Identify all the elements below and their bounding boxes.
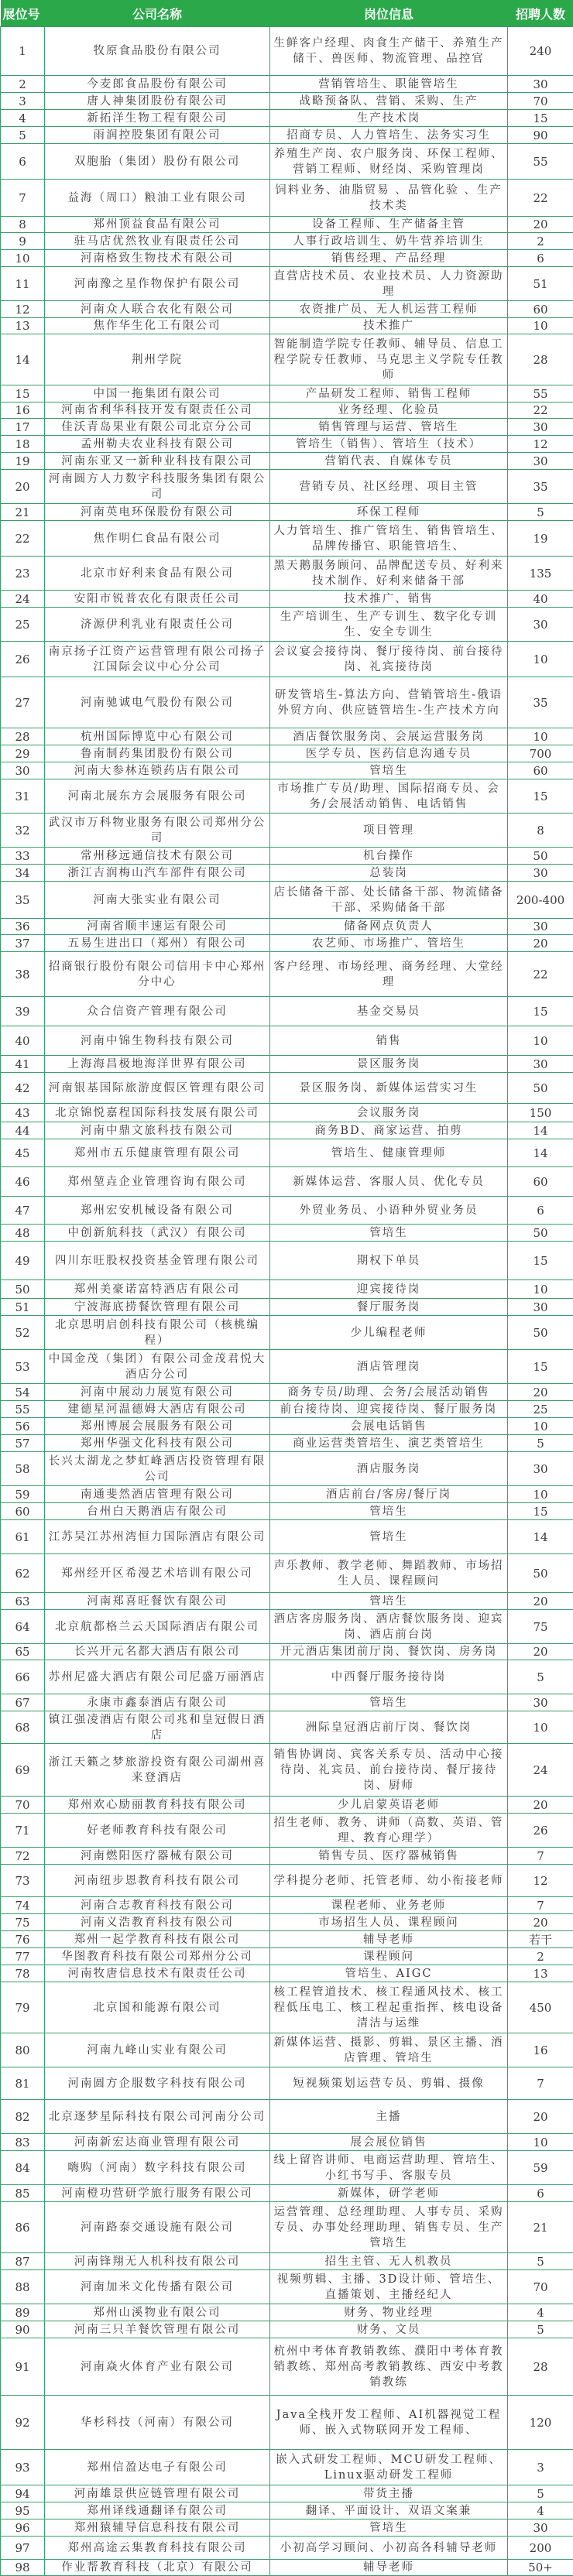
company-name-cell: 四川东旺股权投资基金管理有限公司 (45, 1242, 270, 1280)
company-name-cell: 河南省顺丰速运有限公司 (45, 919, 270, 935)
job-info-cell: 商务专员/助理、会务/会展活动销售 (270, 1384, 508, 1401)
booth-number-cell: 7 (1, 180, 45, 217)
company-name-cell: 郑州欢心励丽教育科技有限公司 (45, 1797, 270, 1814)
booth-number-cell: 56 (1, 1418, 45, 1435)
job-info-cell: 酒店服务岗 (270, 1452, 508, 1486)
table-row: 59南通斐然酒店管理有限公司酒店前台/客房/餐厅岗10 (1, 1486, 573, 1503)
job-info-cell: 嵌入式研发工程师、MCU研发工程师、Linux驱动研发工程师 (270, 2450, 508, 2485)
job-info-cell: 市场推广专员/助理、国际招商专员、会务/会展活动销售、电话销售 (270, 779, 508, 814)
table-row: 84嗨购（河南）数字科技有限公司线上留咨讲师、电商运营助理、管培生、小红书写手、… (1, 2151, 573, 2185)
hiring-count-cell: 5 (508, 2485, 573, 2502)
job-info-cell: 展会展位销售 (270, 2134, 508, 2151)
job-info-cell: 学科提分老师、托管老师、幼小衔接老师 (270, 1865, 508, 1897)
table-row: 67永康市鑫泰酒店有限公司管培生30 (1, 1694, 573, 1711)
booth-number-cell: 84 (1, 2151, 45, 2185)
table-row: 21河南英电环保股份有限公司环保工程师5 (1, 504, 573, 521)
hiring-count-cell: 59 (508, 2151, 573, 2185)
booth-number-cell: 87 (1, 2253, 45, 2270)
hiring-count-cell: 14 (508, 1520, 573, 1554)
table-row: 23北京市好利来食品有限公司黑天鹅服务顾问、品牌配送专员、好利来技术制作、好利来… (1, 557, 573, 591)
job-info-cell: 小初高学习顾问、小初高各科辅导老师 (270, 2537, 508, 2560)
booth-number-cell: 16 (1, 402, 45, 419)
job-info-cell: 带货主播 (270, 2485, 508, 2502)
booth-number-cell: 51 (1, 1299, 45, 1316)
company-name-cell: 台州白天鹅酒店有限公司 (45, 1503, 270, 1520)
table-row: 22焦作明仁食品有限公司人力管培生、推广管培生、销售管培生、品牌传播官、职能管培… (1, 521, 573, 557)
job-info-cell: 声乐教师、教学老师、舞蹈教师、市场招生人员、课程顾问 (270, 1554, 508, 1593)
booth-number-cell: 6 (1, 144, 45, 180)
hiring-count-cell: 16 (508, 2033, 573, 2067)
hiring-count-cell: 30 (508, 453, 573, 470)
job-info-cell: 景区服务岗 (270, 1056, 508, 1073)
table-row: 11河南豫之星作物保护有限公司直营店技术员、农业技术员、人力资源助理51 (1, 267, 573, 301)
booth-number-cell: 29 (1, 745, 45, 762)
booth-number-cell: 64 (1, 1610, 45, 1644)
job-info-cell: 生产培训生、生产专训生、数字化专训生、安全专训生 (270, 608, 508, 642)
company-name-cell: 河南中展动力展览有限公司 (45, 1384, 270, 1401)
table-row: 3唐人神集团股份有限公司战略预备队、营销、采购、生产70 (1, 93, 573, 110)
hiring-count-cell: 10 (508, 1711, 573, 1744)
company-name-cell: 唐人神集团股份有限公司 (45, 93, 270, 110)
job-info-cell: 营销代表、自媒体专员 (270, 453, 508, 470)
table-row: 39众合信资产管理有限公司基金交易员15 (1, 997, 573, 1026)
job-info-cell: 管培生 (270, 762, 508, 779)
booth-number-cell: 93 (1, 2450, 45, 2485)
table-row: 69浙江天籁之梦旅游投资有限公司湖州喜来登酒店销售协调岗、宾客关系专员、活动中心… (1, 1744, 573, 1797)
table-row: 98作业帮教育科技（北京）有限公司辅导老师50+ (1, 2560, 573, 2576)
company-name-cell: 郑州市五乐健康管理有限公司 (45, 1139, 270, 1167)
company-name-cell: 上海海昌极地海洋世界有限公司 (45, 1056, 270, 1073)
hiring-count-cell: 50 (508, 1225, 573, 1242)
table-row: 6双胞胎（集团）股份有限公司养殖生产岗、农户服务岗、环保工程师、营销工程师、财经… (1, 144, 573, 180)
booth-number-cell: 13 (1, 318, 45, 334)
table-row: 49四川东旺股权投资基金管理有限公司期权下单员15 (1, 1242, 573, 1280)
table-row: 19河南东亚又一新种业科技有限公司营销代表、自媒体专员30 (1, 453, 573, 470)
job-info-cell: 杭州中考体育教销教练、濮阳中考体育教销教练、郑州高考教销教练、西安中考教销教练 (270, 2338, 508, 2396)
job-info-cell: 管培生 (270, 1694, 508, 1711)
hiring-count-cell: 26 (508, 1814, 573, 1848)
table-row: 26南京扬子江资产运营管理有限公司扬子江国际会议中心分公司会议宴会接待岗、餐厅接… (1, 642, 573, 677)
job-info-cell: 生鲜客户经理、肉食生产储干、养殖生产储干、兽医师、物流管理、品控官 (270, 27, 508, 76)
booth-number-cell: 80 (1, 2033, 45, 2067)
table-row: 64北京航都格兰云天国际酒店有限公司酒店客房服务岗、酒店餐饮服务岗、迎宾岗、酒店… (1, 1610, 573, 1644)
job-info-cell: 黑天鹅服务顾问、品牌配送专员、好利来技术制作、好利来储备干部 (270, 557, 508, 591)
table-row: 17佳沃青岛果业有限公司北京分公司销售管理与运营、管培生30 (1, 419, 573, 436)
table-row: 70郑州欢心励丽教育科技有限公司少儿启蒙英语老师20 (1, 1797, 573, 1814)
booth-number-cell: 59 (1, 1486, 45, 1503)
booth-number-cell: 90 (1, 2321, 45, 2338)
job-info-cell: 技术推广、销售 (270, 591, 508, 608)
company-name-cell: 宁波海底捞餐饮管理有限公司 (45, 1299, 270, 1316)
header-company-name: 公司名称 (45, 0, 270, 27)
hiring-count-cell: 15 (508, 997, 573, 1026)
hiring-count-cell: 40 (508, 591, 573, 608)
booth-number-cell: 28 (1, 728, 45, 745)
job-info-cell: 管培生 (270, 1520, 508, 1554)
hiring-count-cell: 700 (508, 745, 573, 762)
job-info-cell: 产品研发工程师、销售工程师 (270, 385, 508, 402)
table-row: 33常州移远通信技术有限公司机台操作50 (1, 848, 573, 865)
booth-number-cell: 46 (1, 1167, 45, 1197)
booth-number-cell: 40 (1, 1026, 45, 1056)
company-name-cell: 河南路泰交通设施有限公司 (45, 2202, 270, 2253)
company-name-cell: 常州移远通信技术有限公司 (45, 848, 270, 865)
booth-number-cell: 52 (1, 1316, 45, 1350)
booth-number-cell: 58 (1, 1452, 45, 1486)
booth-number-cell: 19 (1, 453, 45, 470)
job-info-cell: 新媒体运营、客服人员、优化专员 (270, 1167, 508, 1197)
booth-number-cell: 85 (1, 2185, 45, 2202)
table-row: 35河南大张实业有限公司店长储备干部、处长储备干部、物流储备干部、采购储备干部2… (1, 882, 573, 919)
job-info-cell: 外贸业务员、小语种外贸业务员 (270, 1197, 508, 1225)
table-row: 74河南合志教育科技有限公司课程老师、业务老师7 (1, 1897, 573, 1914)
job-info-cell: 翻译、平面设计、双语文案兼 (270, 2502, 508, 2519)
company-name-cell: 河南新宏达商业管理有限公司 (45, 2134, 270, 2151)
job-info-cell: 管培生、AIGC (270, 1965, 508, 1982)
booth-number-cell: 20 (1, 470, 45, 504)
booth-number-cell: 76 (1, 1931, 45, 1948)
job-info-cell: 短视频策划运营专员、剪辑、摄像 (270, 2067, 508, 2100)
table-row: 2今麦郎食品股份有限公司营销管培生、职能管培生30 (1, 76, 573, 93)
booth-number-cell: 83 (1, 2134, 45, 2151)
booth-number-cell: 96 (1, 2519, 45, 2537)
hiring-count-cell: 120 (508, 2396, 573, 2450)
table-row: 10河南格致生物技术有限公司销售经理、产品经理6 (1, 250, 573, 267)
company-name-cell: 河南豫之星作物保护有限公司 (45, 267, 270, 301)
hiring-count-cell: 20 (508, 1384, 573, 1401)
hiring-count-cell: 4 (508, 2304, 573, 2321)
table-row: 32武汉市万科物业服务有限公司郑州分公司项目管理8 (1, 814, 573, 848)
table-row: 45郑州市五乐健康管理有限公司管培生、健康管理师14 (1, 1139, 573, 1167)
table-row: 93郑州信盈达电子有限公司嵌入式研发工程师、MCU研发工程师、Linux驱动研发… (1, 2450, 573, 2485)
company-name-cell: 济源伊利乳业有限责任公司 (45, 608, 270, 642)
table-row: 16河南省利华科技开发有限责任公司业务经理、化验员22 (1, 402, 573, 419)
hiring-count-cell: 50 (508, 848, 573, 865)
hiring-count-cell: 6 (508, 250, 573, 267)
company-name-cell: 镇江强凌酒店有限公司兆和皇冠假日酒店 (45, 1711, 270, 1744)
job-info-cell: 招商专员、人力管培生、法务实习生 (270, 127, 508, 144)
hiring-count-cell: 90 (508, 127, 573, 144)
hiring-count-cell: 240 (508, 27, 573, 76)
job-info-cell: 基金交易员 (270, 997, 508, 1026)
booth-number-cell: 41 (1, 1056, 45, 1073)
hiring-count-cell: 30 (508, 608, 573, 642)
booth-number-cell: 47 (1, 1197, 45, 1225)
booth-number-cell: 95 (1, 2502, 45, 2519)
company-name-cell: 华杉科技（河南）有限公司 (45, 2396, 270, 2450)
table-row: 87河南锋翔无人机科技有限公司招生主管、无人机教员5 (1, 2253, 573, 2270)
hiring-count-cell: 20 (508, 2100, 573, 2134)
table-row: 37五易生进出口（郑州）有限公司农艺师、市场推广、管培生20 (1, 935, 573, 952)
job-info-cell: 少儿启蒙英语老师 (270, 1797, 508, 1814)
hiring-count-cell: 30 (508, 1299, 573, 1316)
booth-number-cell: 67 (1, 1694, 45, 1711)
company-name-cell: 嗨购（河南）数字科技有限公司 (45, 2151, 270, 2185)
company-name-cell: 河南雄景供应链管理有限公司 (45, 2485, 270, 2502)
company-name-cell: 双胞胎（集团）股份有限公司 (45, 144, 270, 180)
job-info-cell: 销售专员、医疗器械销售 (270, 1848, 508, 1865)
hiring-count-cell: 15 (508, 1350, 573, 1384)
job-info-cell: 新媒体运营、摄影、剪辑、景区主播、酒店管理、管培生 (270, 2033, 508, 2067)
table-row: 8郑州顶益食品有限公司设备工程师、生产储备主管20 (1, 217, 573, 233)
hiring-count-cell: 30 (508, 76, 573, 93)
table-row: 92华杉科技（河南）有限公司Java全栈开发工程师、AI机器视觉工程师、嵌入式物… (1, 2396, 573, 2450)
booth-number-cell: 1 (1, 27, 45, 76)
job-info-cell: 景区服务岗、新媒体运营实习生 (270, 1073, 508, 1104)
table-row: 38招商银行股份有限公司信用卡中心郑州分中心客户经理、市场经理、商务经理、大堂经… (1, 952, 573, 997)
hiring-count-cell: 51 (508, 267, 573, 301)
table-row: 91河南焱火体育产业有限公司杭州中考体育教销教练、濮阳中考体育教销教练、郑州高考… (1, 2338, 573, 2396)
company-name-cell: 雨润控股集团有限公司 (45, 127, 270, 144)
hiring-count-cell: 8 (508, 814, 573, 848)
hiring-count-cell: 30 (508, 419, 573, 436)
table-row: 28杭州国际博览中心有限公司酒店餐饮服务岗、会展运营服务岗10 (1, 728, 573, 745)
booth-number-cell: 55 (1, 1401, 45, 1418)
hiring-count-cell: 7 (508, 2067, 573, 2100)
hiring-count-cell: 15 (508, 779, 573, 814)
booth-number-cell: 22 (1, 521, 45, 557)
booth-number-cell: 91 (1, 2338, 45, 2396)
hiring-count-cell: 10 (508, 318, 573, 334)
job-info-cell: 会议宴会接待岗、餐厅接待岗、前台接待岗、礼宾接待岗 (270, 642, 508, 677)
table-row: 1牧原食品股份有限公司生鲜客户经理、肉食生产储干、养殖生产储干、兽医师、物流管理… (1, 27, 573, 76)
job-info-cell: 酒店管理岗 (270, 1350, 508, 1384)
table-row: 85河南橙功营研学旅行服务有限公司新媒体，研学老师6 (1, 2185, 573, 2202)
booth-number-cell: 24 (1, 591, 45, 608)
booth-number-cell: 82 (1, 2100, 45, 2134)
table-row: 9驻马店优然牧业有限责任公司人事行政培训生、奶牛营养培训生2 (1, 233, 573, 250)
booth-number-cell: 8 (1, 217, 45, 233)
table-row: 57郑州华强文化科技有限公司商业运营类管培生、演艺类管培生5 (1, 1435, 573, 1452)
company-name-cell: 河南燃阳医疗器械有限公司 (45, 1848, 270, 1865)
booth-number-cell: 10 (1, 250, 45, 267)
job-info-cell: 环保工程师 (270, 504, 508, 521)
company-name-cell: 杭州国际博览中心有限公司 (45, 728, 270, 745)
company-name-cell: 郑州经开区希漫艺术培训有限公司 (45, 1554, 270, 1593)
job-info-cell: 管培生 (270, 1503, 508, 1520)
booth-number-cell: 2 (1, 76, 45, 93)
company-name-cell: 北京锦悦嘉程国际科技发展有限公司 (45, 1104, 270, 1122)
company-name-cell: 郑州博展会展服务有限公司 (45, 1418, 270, 1435)
hiring-count-cell: 12 (508, 436, 573, 453)
table-row: 82北京逐梦星际科技有限公司河南分公司主播20 (1, 2100, 573, 2134)
job-info-cell: 销售 (270, 1026, 508, 1056)
company-name-cell: 鲁南制药集团股份有限公司 (45, 745, 270, 762)
booth-number-cell: 88 (1, 2270, 45, 2304)
job-info-cell: 管培生 (270, 1593, 508, 1610)
company-name-cell: 河南牧唐信息技术有限责任公司 (45, 1965, 270, 1982)
company-name-cell: 河南东亚又一新种业科技有限公司 (45, 453, 270, 470)
booth-number-cell: 77 (1, 1948, 45, 1965)
hiring-count-cell: 75 (508, 1610, 573, 1644)
booth-number-cell: 97 (1, 2537, 45, 2560)
table-row: 76郑州一起学教育科技有限公司辅导老师若干 (1, 1931, 573, 1948)
job-info-cell: 养殖生产岗、农户服务岗、环保工程师、营销工程师、财经岗、采购管理岗 (270, 144, 508, 180)
table-row: 54河南中展动力展览有限公司商务专员/助理、会务/会展活动销售20 (1, 1384, 573, 1401)
job-info-cell: 管培生 (270, 2519, 508, 2537)
company-name-cell: 北京逐梦星际科技有限公司河南分公司 (45, 2100, 270, 2134)
table-row: 62郑州经开区希漫艺术培训有限公司声乐教师、教学老师、舞蹈教师、市场招生人员、课… (1, 1554, 573, 1593)
booth-number-cell: 45 (1, 1139, 45, 1167)
company-name-cell: 南京扬子江资产运营管理有限公司扬子江国际会议中心分公司 (45, 642, 270, 677)
company-name-cell: 南通斐然酒店管理有限公司 (45, 1486, 270, 1503)
booth-number-cell: 65 (1, 1644, 45, 1660)
company-name-cell: 河南大参林连锁药店有限公司 (45, 762, 270, 779)
company-name-cell: 江苏吴江苏州湾恒力国际酒店有限公司 (45, 1520, 270, 1554)
job-info-cell: 管培生（销售）、管培生（技术） (270, 436, 508, 453)
table-row: 90河南三只羊餐饮管理有限公司财务、文员5 (1, 2321, 573, 2338)
hiring-count-cell: 14 (508, 1139, 573, 1167)
table-row: 56郑州博展会展服务有限公司会展电话销售10 (1, 1418, 573, 1435)
company-name-cell: 河南焱火体育产业有限公司 (45, 2338, 270, 2396)
table-row: 29鲁南制药集团股份有限公司医学专员、医药信息沟通专员700 (1, 745, 573, 762)
table-row: 14荆州学院智能制造学院专任教师、辅导员、信息工程学院专任教师、马克思主义学院专… (1, 334, 573, 385)
table-row: 53中国金茂（集团）有限公司金茂君悦大酒店分公司酒店管理岗15 (1, 1350, 573, 1384)
job-info-cell: 主播 (270, 2100, 508, 2134)
booth-number-cell: 5 (1, 127, 45, 144)
company-name-cell: 五易生进出口（郑州）有限公司 (45, 935, 270, 952)
company-name-cell: 苏州尼盛大酒店有限公司尼盛万丽酒店 (45, 1660, 270, 1694)
booth-number-cell: 36 (1, 919, 45, 935)
hiring-count-cell: 20 (508, 935, 573, 952)
company-name-cell: 河南中锦生物科技有限公司 (45, 1026, 270, 1056)
hiring-count-cell: 35 (508, 677, 573, 728)
table-row: 47郑州宏安机械设备有限公司外贸业务员、小语种外贸业务员6 (1, 1197, 573, 1225)
job-info-cell: 总装岗 (270, 865, 508, 882)
job-info-cell: 生产技术岗 (270, 110, 508, 127)
booth-number-cell: 94 (1, 2485, 45, 2502)
booth-number-cell: 70 (1, 1797, 45, 1814)
header-job-info: 岗位信息 (270, 0, 508, 27)
hiring-count-cell: 20 (508, 1914, 573, 1931)
hiring-count-cell: 28 (508, 2338, 573, 2396)
booth-number-cell: 3 (1, 93, 45, 110)
hiring-count-cell: 22 (508, 180, 573, 217)
table-row: 7益海（周口）粮油工业有限公司饲料业务、油脂贸易 、品管化验 、生产技术类22 (1, 180, 573, 217)
job-info-cell: 招生老师、教务、讲师（高数、英语、管理、教育心理学） (270, 1814, 508, 1848)
booth-number-cell: 92 (1, 2396, 45, 2450)
company-name-cell: 作业帮教育科技（北京）有限公司 (45, 2560, 270, 2576)
hiring-count-cell: 60 (508, 301, 573, 318)
table-row: 68镇江强凌酒店有限公司兆和皇冠假日酒店洲际皇冠酒店前厅岗、餐饮岗10 (1, 1711, 573, 1744)
hiring-count-cell: 28 (508, 334, 573, 385)
hiring-count-cell: 35 (508, 470, 573, 504)
hiring-count-cell: 5 (508, 2321, 573, 2338)
hiring-count-cell: 5 (508, 1660, 573, 1694)
table-row: 52北京思明启创科技有限公司（核桃编程）少儿编程老师50 (1, 1316, 573, 1350)
hiring-count-cell: 6 (508, 1197, 573, 1225)
job-info-cell: 核工程管道技术、核工程通风技术、核工程低压电工、核工程起重指挥、核电设备清洁与运… (270, 1982, 508, 2033)
hiring-count-cell: 22 (508, 402, 573, 419)
hiring-count-cell: 5 (508, 2253, 573, 2270)
booth-number-cell: 81 (1, 2067, 45, 2100)
company-name-cell: 北京航都格兰云天国际酒店有限公司 (45, 1610, 270, 1644)
company-name-cell: 永康市鑫泰酒店有限公司 (45, 1694, 270, 1711)
company-name-cell: 牧原食品股份有限公司 (45, 27, 270, 76)
booth-number-cell: 18 (1, 436, 45, 453)
table-row: 50郑州美豪诺富特酒店有限公司迎宾接待岗10 (1, 1280, 573, 1299)
job-info-cell: 研发管培生-算法方向、营销管培生-俄语外贸方向、供应链管培生-生产技术方向 (270, 677, 508, 728)
job-info-cell: Java全栈开发工程师、AI机器视觉工程师、嵌入式物联网开发工程师、 (270, 2396, 508, 2450)
company-name-cell: 郑州宏安机械设备有限公司 (45, 1197, 270, 1225)
hiring-count-cell: 2 (508, 233, 573, 250)
job-info-cell: 战略预备队、营销、采购、生产 (270, 93, 508, 110)
table-row: 27河南驰诚电气股份有限公司研发管培生-算法方向、营销管培生-俄语外贸方向、供应… (1, 677, 573, 728)
table-row: 34浙江吉润梅山汽车部件有限公司总装岗30 (1, 865, 573, 882)
company-name-cell: 河南合志教育科技有限公司 (45, 1897, 270, 1914)
company-name-cell: 郑州信盈达电子有限公司 (45, 2450, 270, 2485)
booth-number-cell: 43 (1, 1104, 45, 1122)
job-info-cell: 店长储备干部、处长储备干部、物流储备干部、采购储备干部 (270, 882, 508, 919)
hiring-count-cell: 5 (508, 504, 573, 521)
table-row: 44河南中鼎文旅科技有限公司商务BD、商家运营、拍剪14 (1, 1122, 573, 1139)
hiring-count-cell: 2 (508, 1948, 573, 1965)
job-info-cell: 业务经理、化验员 (270, 402, 508, 419)
hiring-count-cell: 25 (508, 1401, 573, 1418)
job-info-cell: 人事行政培训生、奶牛营养培训生 (270, 233, 508, 250)
hiring-count-cell: 3 (508, 2450, 573, 2485)
booth-number-cell: 68 (1, 1711, 45, 1744)
job-info-cell: 储备网点负责人 (270, 919, 508, 935)
hiring-count-cell: 20 (508, 1644, 573, 1660)
hiring-count-cell: 20 (508, 1797, 573, 1814)
booth-number-cell: 15 (1, 385, 45, 402)
table-row: 88河南加米文化传播有限公司视频剪辑、主播、3D设计师、管培生、直播策划、主播经… (1, 2270, 573, 2304)
hiring-count-cell: 30 (508, 919, 573, 935)
table-row: 79北京国和能源有限公司核工程管道技术、核工程通风技术、核工程低压电工、核工程起… (1, 1982, 573, 2033)
job-info-cell: 营销专员、社区经理、项目主管 (270, 470, 508, 504)
hiring-count-cell: 55 (508, 144, 573, 180)
table-row: 13焦作华生化工有限公司技术推广10 (1, 318, 573, 334)
company-name-cell: 河南格致生物技术有限公司 (45, 250, 270, 267)
job-info-cell: 客户经理、市场经理、商务经理、大堂经理 (270, 952, 508, 997)
job-info-cell: 设备工程师、生产储备主管 (270, 217, 508, 233)
table-row: 31河南北展东方会展服务有限公司市场推广专员/助理、国际招商专员、会务/会展活动… (1, 779, 573, 814)
booth-number-cell: 27 (1, 677, 45, 728)
hiring-count-cell: 12 (508, 1865, 573, 1897)
booth-number-cell: 33 (1, 848, 45, 865)
header-booth-number: 展位号 (1, 0, 45, 27)
hiring-count-cell: 10 (508, 642, 573, 677)
hiring-count-cell: 200 (508, 2537, 573, 2560)
job-info-cell: 农资推广员、无人机运营工程师 (270, 301, 508, 318)
booth-number-cell: 34 (1, 865, 45, 882)
hiring-count-cell: 7 (508, 1897, 573, 1914)
job-info-cell: 直营店技术员、农业技术员、人力资源助理 (270, 267, 508, 301)
table-row: 72河南燃阳医疗器械有限公司销售专员、医疗器械销售7 (1, 1848, 573, 1865)
company-name-cell: 众合信资产管理有限公司 (45, 997, 270, 1026)
table-row: 15中国一拖集团有限公司产品研发工程师、销售工程师55 (1, 385, 573, 402)
booth-number-cell: 44 (1, 1122, 45, 1139)
company-name-cell: 河南驰诚电气股份有限公司 (45, 677, 270, 728)
booth-number-cell: 98 (1, 2560, 45, 2576)
hiring-count-cell: 7 (508, 1848, 573, 1865)
job-info-cell: 招生主管、无人机教员 (270, 2253, 508, 2270)
booth-number-cell: 21 (1, 504, 45, 521)
company-name-cell: 荆州学院 (45, 334, 270, 385)
table-row: 71好老师教育科技有限公司招生老师、教务、讲师（高数、英语、管理、教育心理学）2… (1, 1814, 573, 1848)
table-row: 86河南路泰交通设施有限公司运营管理、总经理助理、人事专员、采购专员、办事处经理… (1, 2202, 573, 2253)
company-name-cell: 郑州高途云集教育科技有限公司 (45, 2537, 270, 2560)
booth-number-cell: 12 (1, 301, 45, 318)
job-info-cell: 迎宾接待岗 (270, 1280, 508, 1299)
booth-number-cell: 54 (1, 1384, 45, 1401)
hiring-count-cell: 20 (508, 217, 573, 233)
table-row: 58长兴太湖龙之梦虹峰酒店投资管理有限公司酒店服务岗30 (1, 1452, 573, 1486)
table-row: 36河南省顺丰速运有限公司储备网点负责人30 (1, 919, 573, 935)
company-name-cell: 长兴开元名都大酒店有限公司 (45, 1644, 270, 1660)
booth-number-cell: 17 (1, 419, 45, 436)
